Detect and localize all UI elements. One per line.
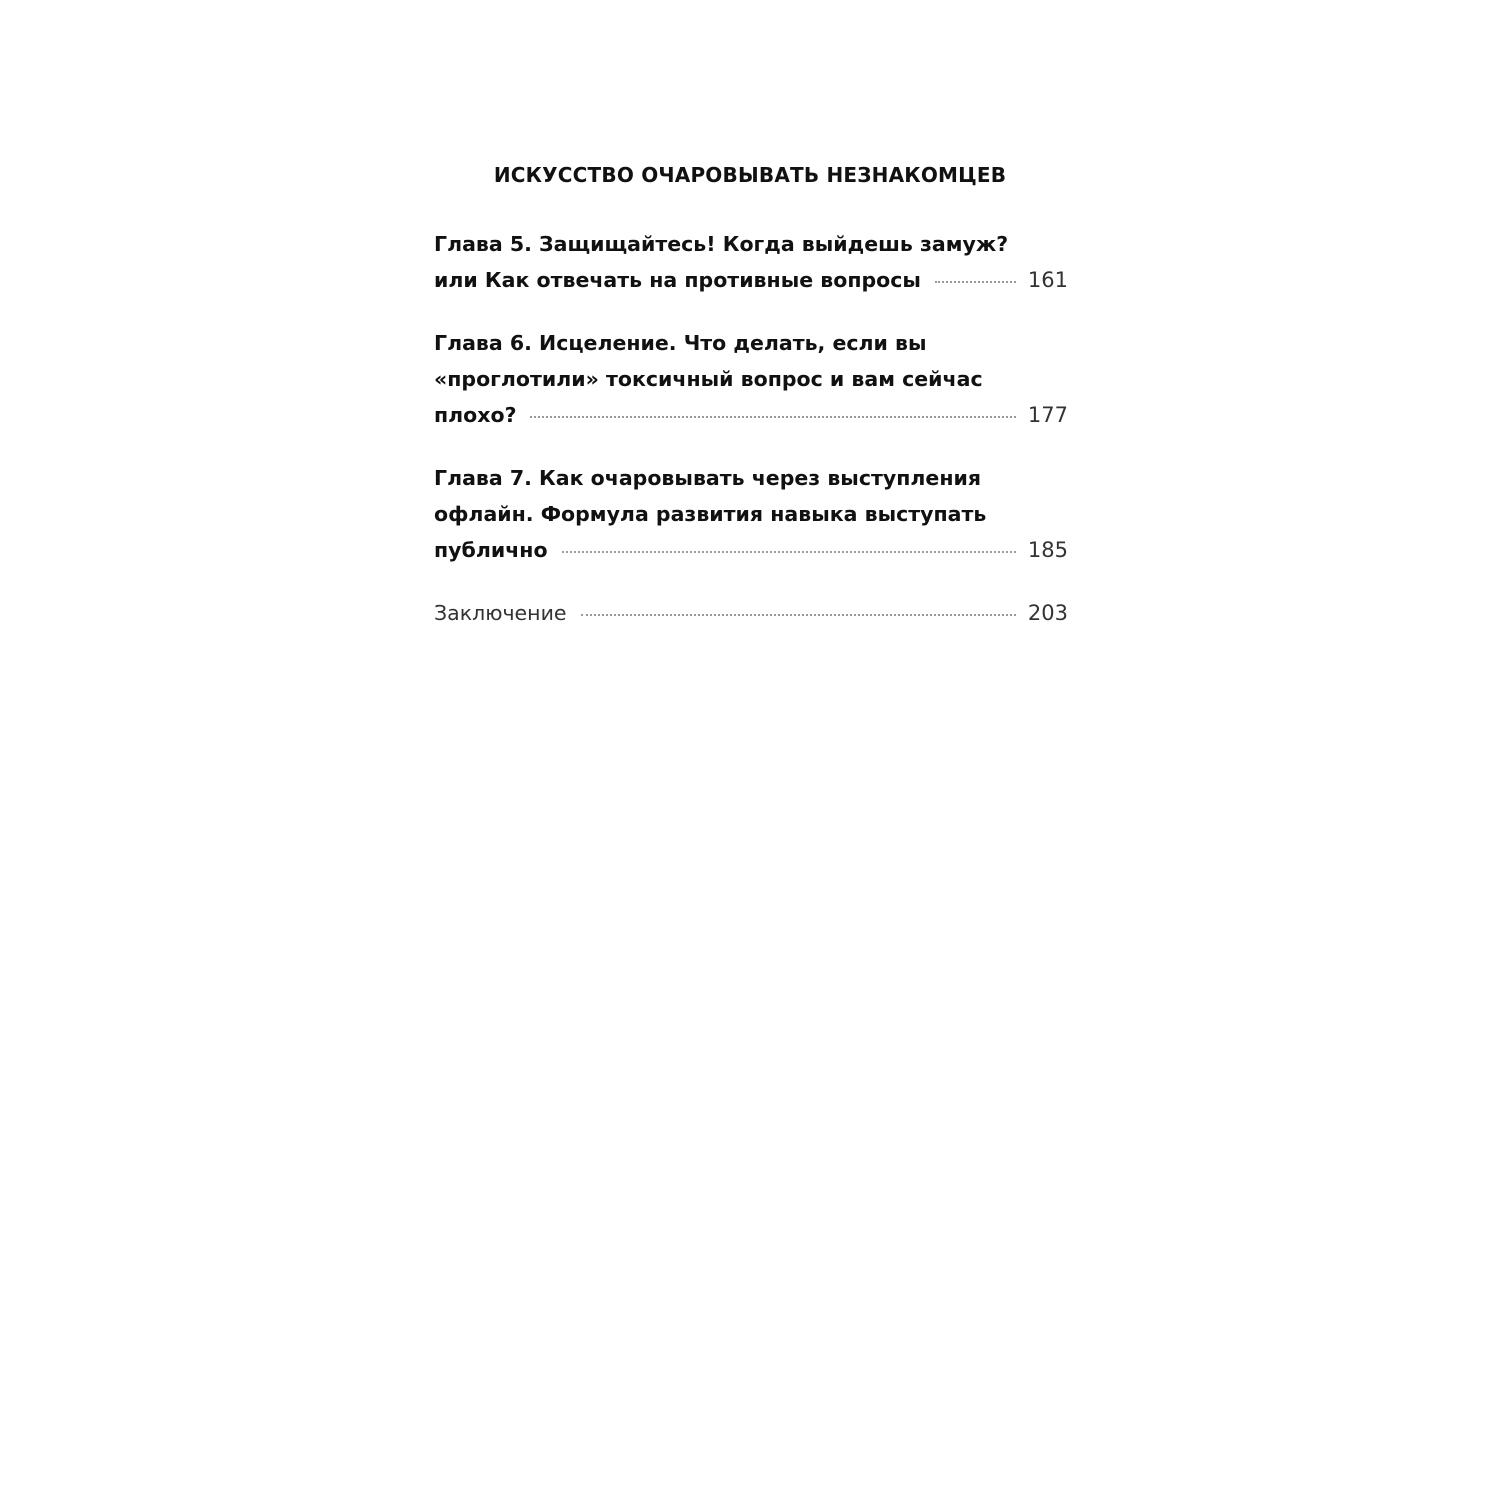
toc-entry-last-line: плохо? 177 [434,397,1068,433]
page-number: 203 [1028,595,1068,631]
dot-leader [530,416,1015,418]
toc-entry-last-line: или Как отвечать на противные вопросы 16… [434,262,1068,298]
dot-leader [581,614,1016,616]
toc-entry-title-line: Заключение [434,595,567,631]
dot-leader [935,281,1016,283]
toc-entry-chapter-6[interactable]: Глава 6. Исцеление. Что делать, если вы … [434,325,1068,433]
toc-entry-chapter-5[interactable]: Глава 5. Защищайтесь! Когда выйдешь заму… [434,226,1068,298]
toc-entry-conclusion[interactable]: Заключение 203 [434,595,1068,631]
toc-entry-last-line: публично 185 [434,532,1068,568]
dot-leader [562,551,1016,553]
toc-entry-chapter-7[interactable]: Глава 7. Как очаровывать через выступлен… [434,460,1068,568]
toc-entry-last-line: Заключение 203 [434,595,1068,631]
toc-entry-title-line: офлайн. Формула развития навыка выступат… [434,496,1068,532]
toc-entry-title-line: «проглотили» токсичный вопрос и вам сейч… [434,361,1068,397]
running-head: ИСКУССТВО ОЧАРОВЫВАТЬ НЕЗНАКОМЦЕВ [0,160,1500,190]
page-number: 185 [1028,532,1068,568]
toc-entry-title-line: Глава 7. Как очаровывать через выступлен… [434,460,1068,496]
toc-entry-title-line: Глава 6. Исцеление. Что делать, если вы [434,325,1068,361]
toc-entry-title-line: или Как отвечать на противные вопросы [434,262,921,298]
page-number: 161 [1028,262,1068,298]
toc-entry-title-line: плохо? [434,397,516,433]
toc-entry-title-line: публично [434,532,548,568]
toc-entry-title-line: Глава 5. Защищайтесь! Когда выйдешь заму… [434,226,1068,262]
table-of-contents: Глава 5. Защищайтесь! Когда выйдешь заму… [434,226,1068,658]
page-number: 177 [1028,397,1068,433]
